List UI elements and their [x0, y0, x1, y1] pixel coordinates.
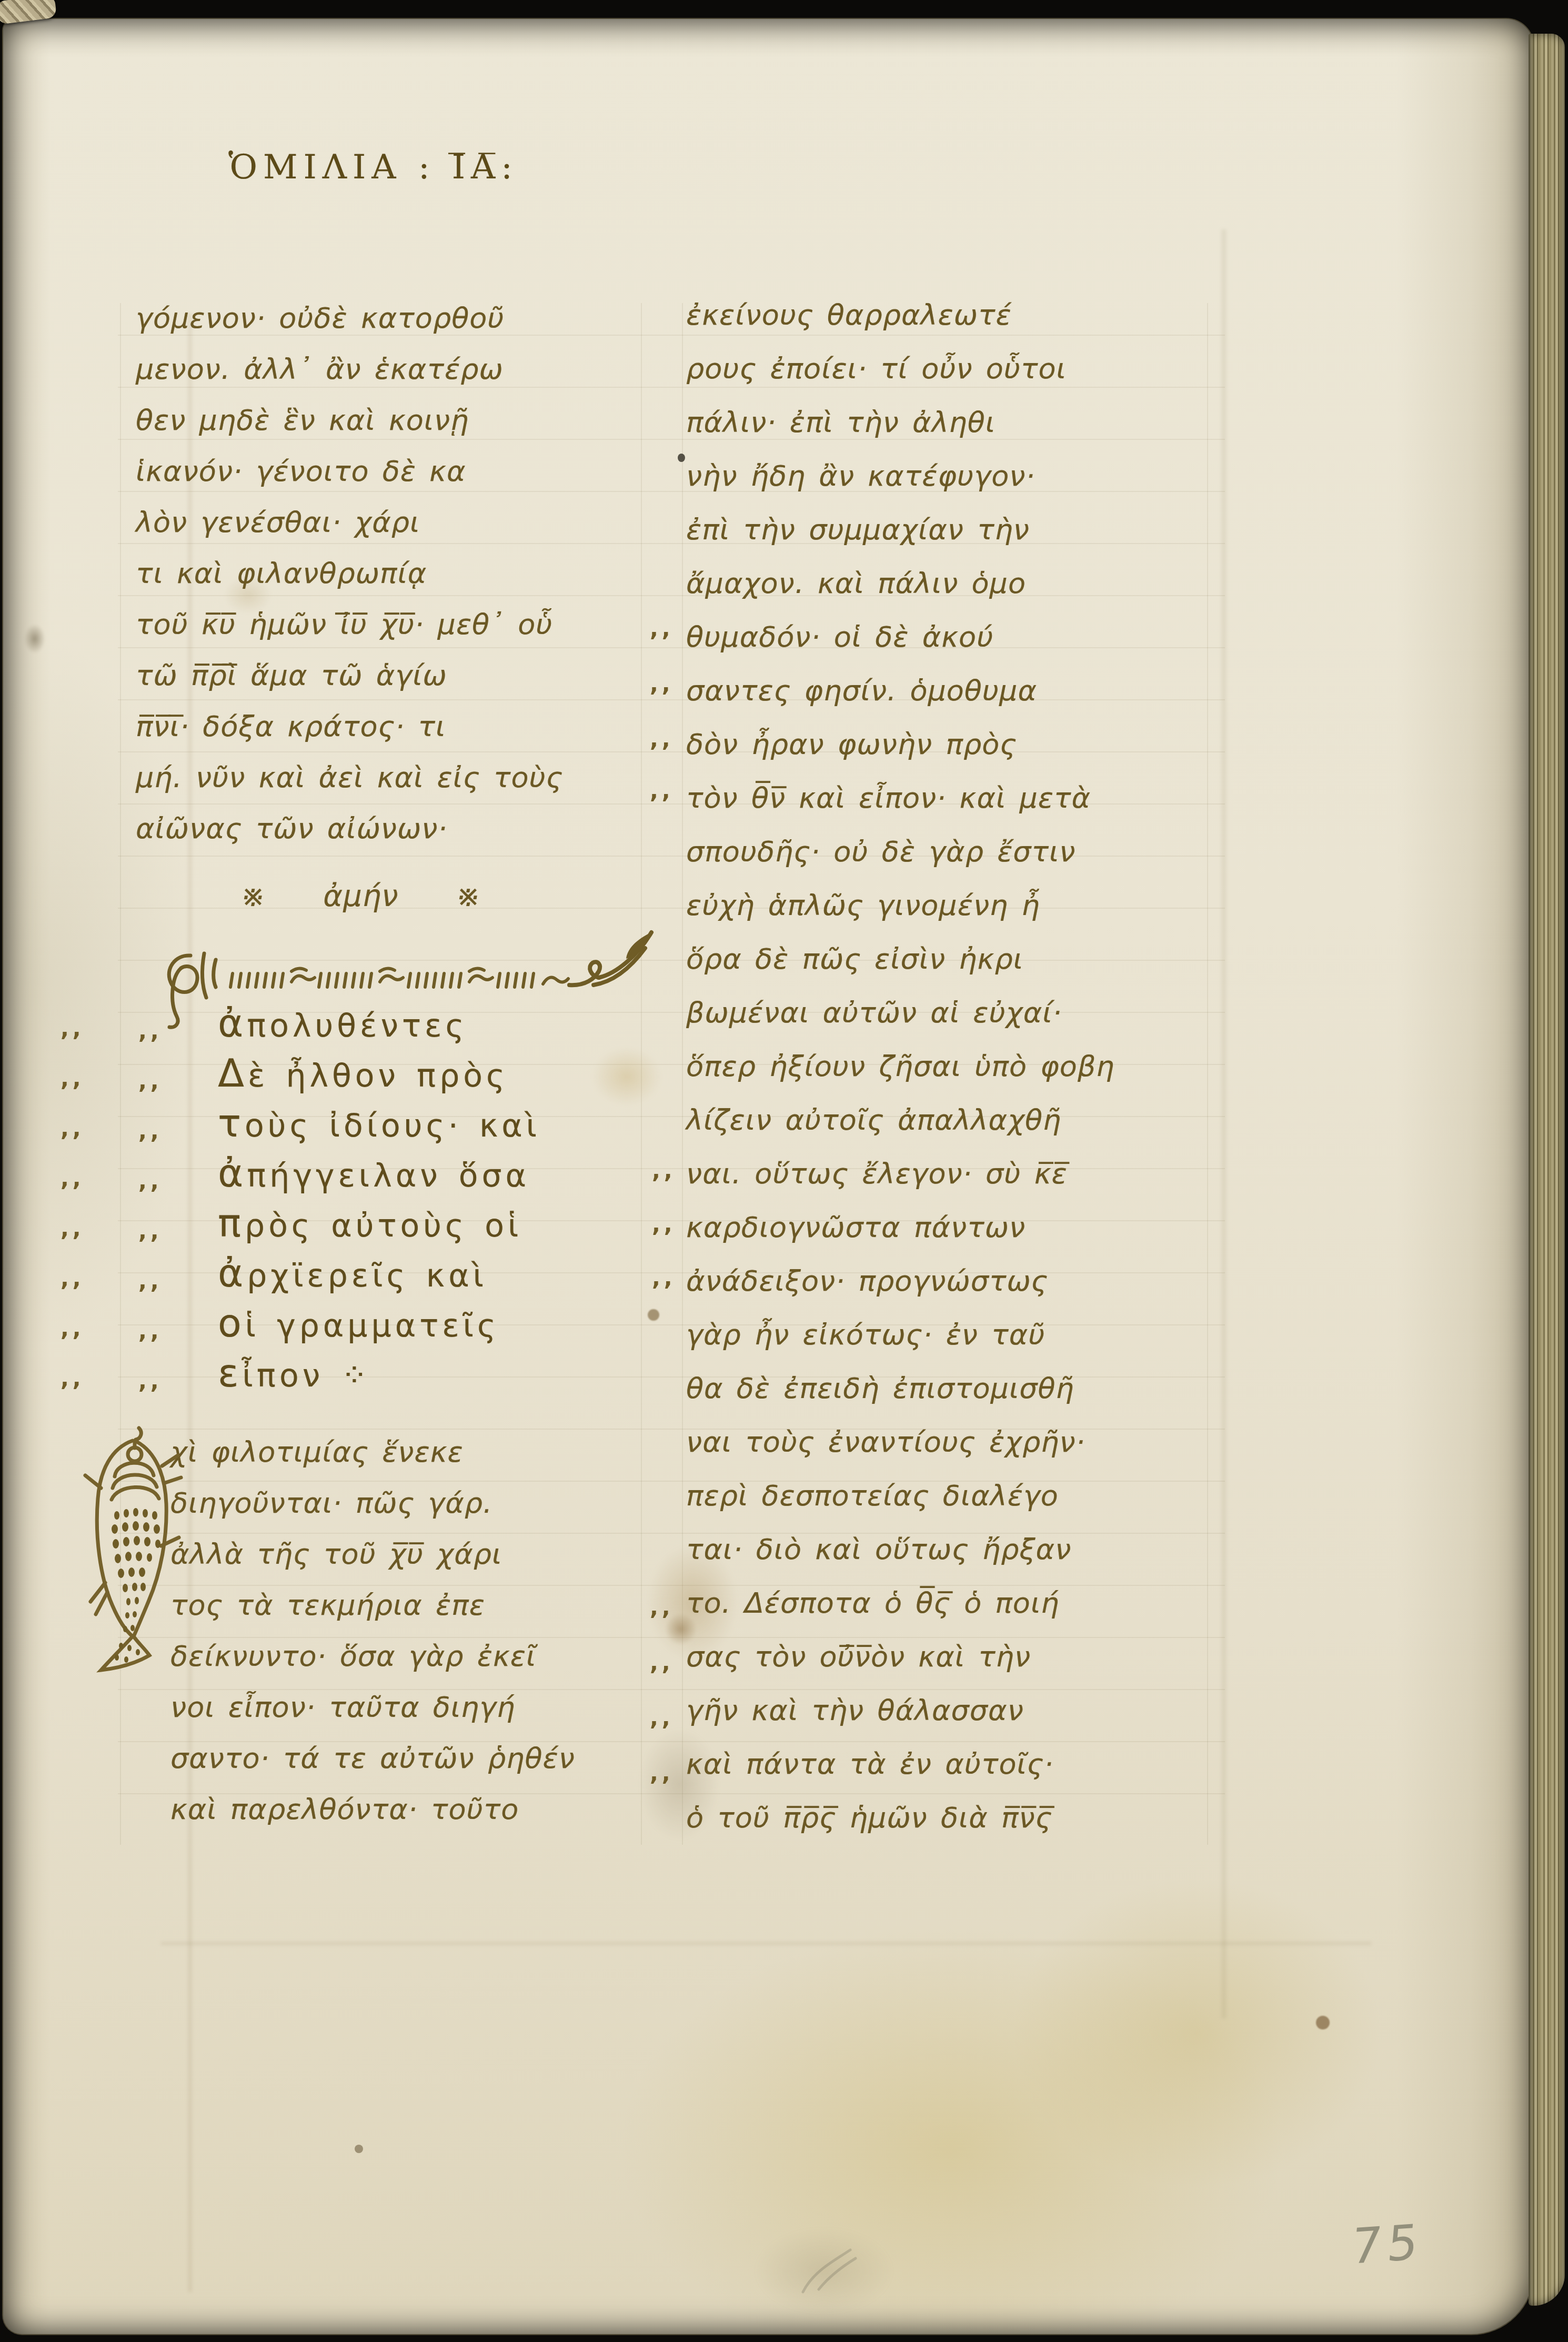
- diple-quotation-marks: ‚‚: [649, 1763, 673, 1784]
- pencil-squiggle: [787, 2239, 871, 2308]
- manuscript-line: βωμέναι αὐτῶν αἱ εὐχαί·: [686, 986, 1212, 1040]
- stain: [24, 624, 45, 654]
- manuscript-line: μενον. ἀλλ᾽ ἂν ἑκατέρω: [136, 344, 657, 395]
- diple-quotation-marks: ‚‚: [651, 1214, 675, 1235]
- lection-line: ἀρχϊερεῖς καὶ: [218, 1249, 628, 1299]
- diple-quotation-marks: ‚‚: [651, 1161, 675, 1182]
- manuscript-line: λίζειν αὐτοῖς ἀπαλλαχθῆ: [686, 1093, 1212, 1147]
- manuscript-line: γὰρ ἦν εἰκότως· ἐν ταῦ: [686, 1308, 1212, 1362]
- manuscript-line: δὸν ἦραν φωνὴν πρὸς: [686, 718, 1212, 771]
- ink-speck: [678, 454, 685, 462]
- manuscript-line: μή. νῦν καὶ ἀεὶ καὶ εἰς τοὺς: [136, 752, 657, 803]
- manuscript-line: ἄμαχον. καὶ πάλιν ὁμο: [686, 557, 1212, 610]
- manuscript-line: ναι τοὺς ἐναντίους ἐχρῆν·: [686, 1415, 1212, 1469]
- manuscript-line: ὅπερ ἠξίουν ζῆσαι ὑπὸ φοβη: [686, 1040, 1212, 1093]
- manuscript-line: ται· διὸ καὶ οὕτως ἤρξαν: [686, 1523, 1212, 1576]
- diple-quotation-marks: ‚‚: [649, 1653, 673, 1674]
- manuscript-line: ὁ τοῦ π̅ρ̅ς̅ ἡμῶν διὰ π̅ν̅ς̅: [686, 1791, 1212, 1845]
- manuscript-line: διηγοῦνται· πῶς γάρ.: [170, 1477, 660, 1529]
- manuscript-line: καὶ πάντα τὰ ἐν αὐτοῖς·: [686, 1737, 1212, 1791]
- manuscript-line: νὴν ἤδη ἂν κατέφυγον·: [686, 449, 1212, 503]
- manuscript-line: χὶ φιλοτιμίας ἕνεκε: [170, 1426, 660, 1477]
- left-column-commentary: χὶ φιλοτιμίας ἕνεκε διηγοῦνται· πῶς γάρ.…: [170, 1426, 660, 1835]
- diple-quotation-marks: ‚‚: [651, 1268, 675, 1289]
- diple-quotation-marks: ‚‚: [60, 1069, 84, 1090]
- manuscript-line: τι καὶ φιλανθρωπίᾳ: [136, 548, 657, 599]
- diple-quotation-marks: ‚‚: [60, 1119, 84, 1140]
- diple-quotation-marks: ‚‚: [649, 729, 673, 750]
- manuscript-line: γῆν καὶ τὴν θάλασσαν: [686, 1684, 1212, 1737]
- manuscript-line: ἀνάδειξον· προγνώστως: [686, 1254, 1212, 1308]
- diple-quotation-marks: ‚‚: [649, 674, 673, 695]
- stain: [355, 2145, 363, 2153]
- right-column: ἐκείνους θαρραλεωτέ ρους ἐποίει· τί οὖν …: [686, 288, 1212, 1845]
- manuscript-line: π̅ν̅ι̅· δόξα κράτος· τι: [136, 701, 657, 752]
- diple-quotation-marks: ‚‚: [649, 1597, 673, 1619]
- manuscript-line: αἰῶνας τῶν αἰώνων·: [136, 803, 657, 854]
- horizontal-crease: [161, 1942, 1371, 1945]
- left-column-doxology: γόμενον· οὐδὲ κατορθοῦ μενον. ἀλλ᾽ ἂν ἑκ…: [136, 293, 657, 854]
- lection-line: ἀπολυθέντες: [218, 999, 628, 1049]
- diple-quotation-marks: ‚‚: [60, 1319, 84, 1340]
- diple-quotation-marks: ‚‚: [138, 1071, 162, 1092]
- left-column-lection: ἀπολυθέντες Δὲ ἦλθον πρὸς τοὺς ἰδίους· κ…: [218, 999, 628, 1399]
- manuscript-line: το. Δέσποτα ὁ θ̅ς̅ ὁ ποιή: [686, 1576, 1212, 1630]
- diple-quotation-marks: ‚‚: [138, 1321, 162, 1342]
- manuscript-line: λὸν γενέσθαι· χάρι: [136, 497, 657, 548]
- diple-quotation-marks: ‚‚: [60, 1369, 84, 1390]
- manuscript-line: δείκνυντο· ὅσα γὰρ ἐκεῖ: [170, 1631, 660, 1682]
- diple-quotation-marks: ‚‚: [649, 781, 673, 802]
- diple-quotation-marks: ‚‚: [60, 1169, 84, 1190]
- lection-line: οἱ γραμματεῖς: [218, 1299, 628, 1349]
- manuscript-line: ὅρα δὲ πῶς εἰσὶν ἠκρι: [686, 932, 1212, 986]
- manuscript-line: τος τὰ τεκμήρια ἐπε: [170, 1580, 660, 1631]
- manuscript-line: εὐχὴ ἁπλῶς γινομένη ἦ: [686, 879, 1212, 932]
- manuscript-line: ἐκείνους θαρραλεωτέ: [686, 288, 1212, 342]
- lection-line: Δὲ ἦλθον πρὸς: [218, 1049, 628, 1099]
- ruling-vertical-right-col: [682, 303, 683, 1845]
- manuscript-line: θυμαδόν· οἱ δὲ ἀκού: [686, 610, 1212, 664]
- diple-quotation-marks: ‚‚: [138, 1021, 162, 1042]
- lection-line: εἶπον ⁘: [218, 1349, 628, 1399]
- fish-doodle: [82, 1425, 187, 1677]
- manuscript-line: νοι εἶπον· ταῦτα διηγή: [170, 1682, 660, 1733]
- homily-heading: ὉΜΙΛΙΑ : Ι̅Α̅:: [228, 142, 518, 193]
- manuscript-line: καὶ παρελθόντα· τοῦτο: [170, 1784, 660, 1835]
- book-fore-edge: [1530, 34, 1565, 2306]
- lection-line: τοὺς ἰδίους· καὶ: [218, 1099, 628, 1149]
- manuscript-line: ἱκανόν· γένοιτο δὲ κα: [136, 446, 657, 497]
- vertical-crease: [1222, 229, 1226, 2018]
- manuscript-line: σαντες φησίν. ὁμοθυμα: [686, 664, 1212, 718]
- diple-quotation-marks: ‚‚: [649, 619, 673, 640]
- manuscript-line: γόμενον· οὐδὲ κατορθοῦ: [136, 293, 657, 344]
- photo-canvas: { "photo": { "background_color": "#0b0a0…: [0, 0, 1568, 2342]
- manuscript-line: σπουδῆς· οὐ δὲ γὰρ ἔστιν: [686, 825, 1212, 879]
- ink-speck: [648, 1309, 659, 1321]
- manuscript-line: περὶ δεσποτείας διαλέγο: [686, 1469, 1212, 1523]
- amen-line: ※ ἀμήν ※: [161, 865, 561, 928]
- diple-quotation-marks: ‚‚: [60, 1019, 84, 1040]
- diple-quotation-marks: ‚‚: [649, 1708, 673, 1729]
- manuscript-line: θα δὲ ἐπειδὴ ἐπιστομισθῆ: [686, 1362, 1212, 1415]
- folio-number: 75: [1349, 2214, 1425, 2275]
- diple-quotation-marks: ‚‚: [138, 1221, 162, 1242]
- manuscript-line: πάλιν· ἐπὶ τὴν ἀληθι: [686, 396, 1212, 449]
- stain: [1316, 2016, 1330, 2029]
- diple-quotation-marks: ‚‚: [138, 1371, 162, 1392]
- diple-quotation-marks: ‚‚: [60, 1269, 84, 1290]
- diple-quotation-marks: ‚‚: [138, 1121, 162, 1142]
- manuscript-line: καρδιογνῶστα πάντων: [686, 1201, 1212, 1254]
- diple-quotation-marks: ‚‚: [60, 1219, 84, 1240]
- manuscript-line: σαντο· τά τε αὐτῶν ῥηθέν: [170, 1733, 660, 1784]
- manuscript-line: τῶ π̅ρ̅ὶ̅ ἅμα τῶ ἁγίω: [136, 650, 657, 701]
- diple-quotation-marks: ‚‚: [138, 1271, 162, 1292]
- manuscript-line: τὸν θ̅ν̅ καὶ εἶπον· καὶ μετὰ: [686, 771, 1212, 825]
- manuscript-line: σας τὸν οὐ̅ν̅ὸν καὶ τὴν: [686, 1630, 1212, 1684]
- manuscript-line: ἀλλὰ τῆς τοῦ χ̅υ̅ χάρι: [170, 1529, 660, 1580]
- diple-quotation-marks: ‚‚: [138, 1171, 162, 1192]
- manuscript-page: ὉΜΙΛΙΑ : Ι̅Α̅: γόμενον· οὐδὲ κατορθοῦ με…: [3, 19, 1533, 2334]
- manuscript-line: ρους ἐποίει· τί οὖν οὗτοι: [686, 342, 1212, 396]
- manuscript-line: θεν μηδὲ ἓν καὶ κοινῇ: [136, 395, 657, 446]
- lection-line: ἀπήγγειλαν ὅσα: [218, 1149, 628, 1199]
- manuscript-line: τοῦ κ̅υ̅ ἡμῶν ἰ̅υ̅ χ̅υ̅· μεθ᾽ οὗ: [136, 599, 657, 650]
- manuscript-line: ναι. οὕτως ἔλεγον· σὺ κ̅ε̅: [686, 1147, 1212, 1201]
- lection-line: πρὸς αὐτοὺς οἱ: [218, 1199, 628, 1249]
- manuscript-line: ἐπὶ τὴν συμμαχίαν τὴν: [686, 503, 1212, 557]
